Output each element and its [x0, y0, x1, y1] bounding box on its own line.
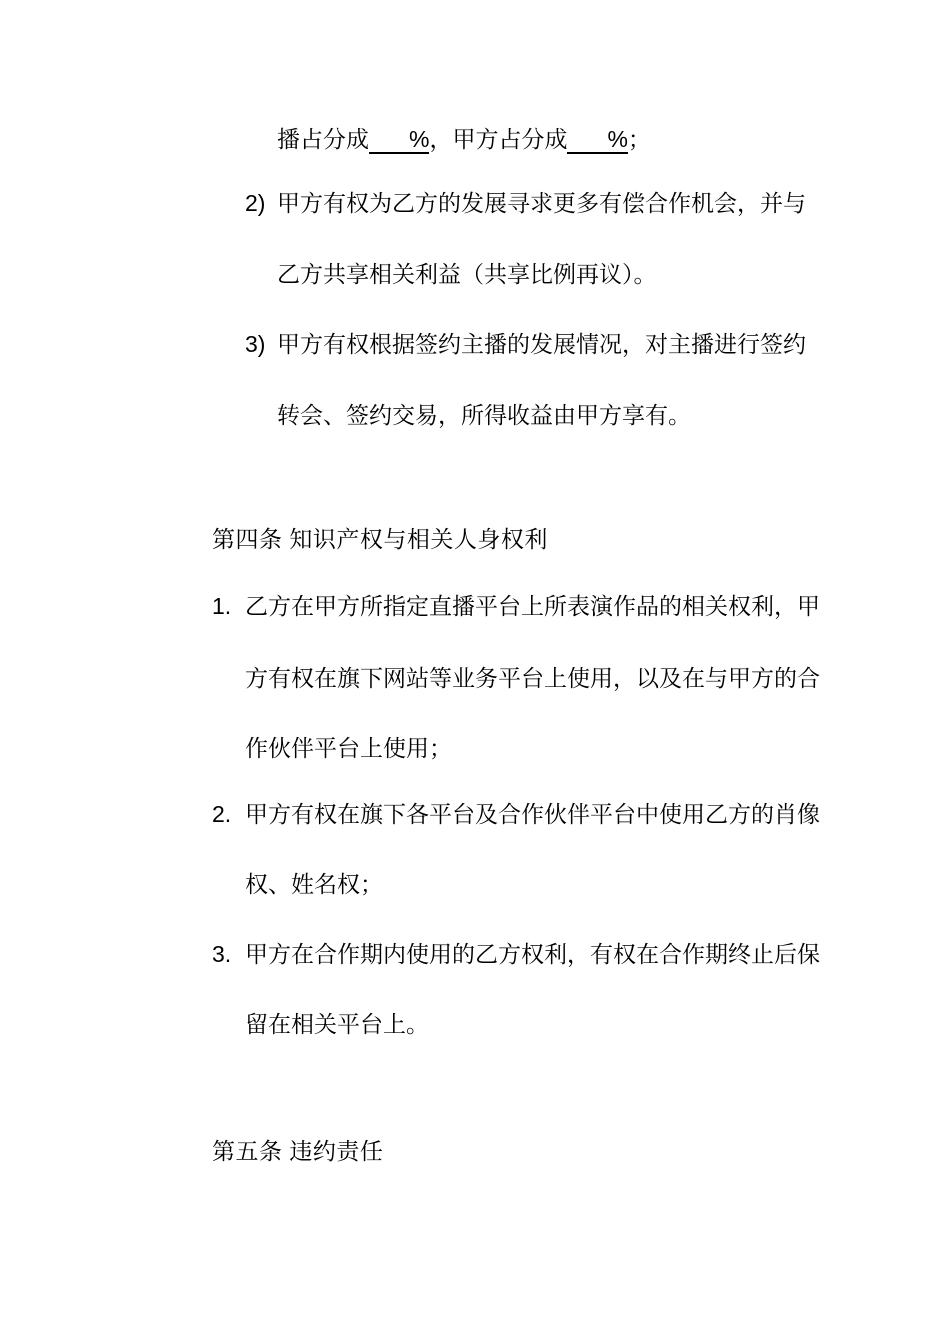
list-item-marker: 2. — [212, 801, 245, 827]
clause4-item1-line3: 作伙伴平台上使用； — [245, 735, 452, 761]
blank-line-seg1: 播占分成 — [277, 126, 369, 152]
list-item-marker: 3) — [245, 331, 277, 357]
list-item-2paren-line2: 乙方共享相关利益（共享比例再议）。 — [277, 261, 657, 287]
list-item-marker: 2) — [245, 190, 277, 216]
list-item-marker: 3. — [212, 941, 245, 967]
blank-line-seg2: ，甲方占分成 — [429, 126, 567, 152]
fill-in-blank-percent-anchor: % — [369, 126, 429, 154]
list-item-3paren-line1: 3)甲方有权根据签约主播的发展情况，对主播进行签约 — [245, 331, 806, 357]
clause4-item3-line1: 3.甲方在合作期内使用的乙方权利，有权在合作期终止后保 — [212, 941, 820, 967]
list-item-text: 甲方在合作期内使用的乙方权利，有权在合作期终止后保 — [245, 941, 820, 967]
revenue-split-blank-line: 播占分成%，甲方占分成%； — [277, 126, 651, 154]
clause4-item1-line2: 方有权在旗下网站等业务平台上使用，以及在与甲方的合 — [245, 665, 820, 691]
list-item-text: 甲方有权根据签约主播的发展情况，对主播进行签约 — [277, 331, 806, 357]
clause5-heading: 第五条 违约责任 — [212, 1138, 383, 1164]
list-item-text: 甲方有权为乙方的发展寻求更多有偿合作机会，并与 — [277, 190, 806, 216]
list-item-text: 乙方在甲方所指定直播平台上所表演作品的相关权利，甲 — [245, 593, 820, 619]
clause4-item3-line2: 留在相关平台上。 — [245, 1011, 429, 1037]
contract-document-page: 播占分成%，甲方占分成%； 2)甲方有权为乙方的发展寻求更多有偿合作机会，并与 … — [0, 0, 950, 1344]
list-item-marker: 1. — [212, 593, 245, 619]
clause4-item2-line1: 2.甲方有权在旗下各平台及合作伙伴平台中使用乙方的肖像 — [212, 801, 820, 827]
clause4-item1-line1: 1.乙方在甲方所指定直播平台上所表演作品的相关权利，甲 — [212, 593, 820, 619]
blank-line-seg3: ； — [628, 126, 651, 152]
fill-in-blank-percent-partya: % — [567, 126, 627, 154]
list-item-text: 甲方有权在旗下各平台及合作伙伴平台中使用乙方的肖像 — [245, 801, 820, 827]
list-item-3paren-line2: 转会、签约交易，所得收益由甲方享有。 — [277, 402, 691, 428]
list-item-2paren-line1: 2)甲方有权为乙方的发展寻求更多有偿合作机会，并与 — [245, 190, 806, 216]
clause4-heading: 第四条 知识产权与相关人身权利 — [212, 526, 548, 552]
clause4-item2-line2: 权、姓名权； — [245, 871, 383, 897]
